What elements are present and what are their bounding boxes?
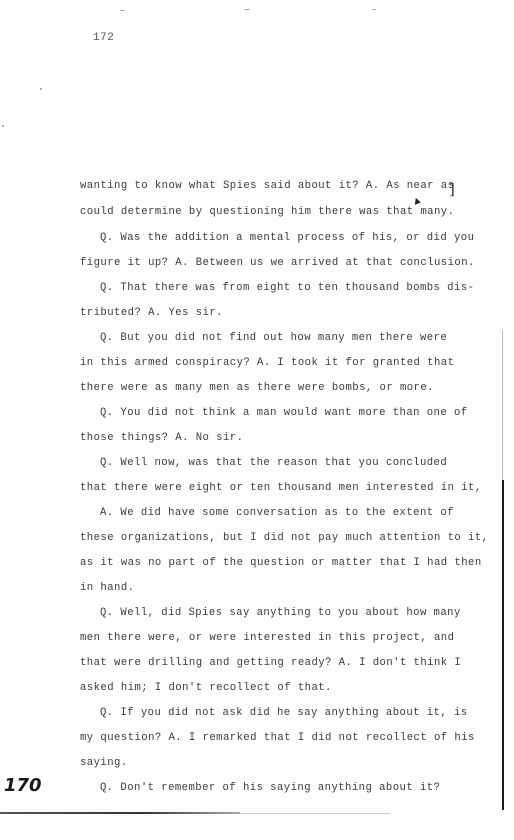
page-edge-line	[502, 480, 504, 810]
page-bottom-edge	[240, 813, 390, 814]
page-bottom-edge	[0, 812, 240, 814]
document-page: 172 wanting to know what Spies said abou…	[0, 0, 514, 840]
handwritten-mark: ]	[449, 180, 455, 198]
transcript-line: these organizations, but I did not pay m…	[80, 532, 488, 544]
scan-speck	[244, 9, 250, 10]
transcript-line: wanting to know what Spies said about it…	[80, 180, 454, 192]
transcript-line: Q. You did not think a man would want mo…	[100, 407, 468, 419]
transcript-line: Q. If you did not ask did he say anythin…	[100, 707, 468, 719]
transcript-line: asked him; I don't recollect of that.	[80, 682, 332, 694]
transcript-line: figure it up? A. Between us we arrived a…	[80, 257, 475, 269]
scan-speck	[372, 9, 376, 10]
transcript-line: A. We did have some conversation as to t…	[100, 507, 454, 519]
transcript-line: Q. Was the addition a mental process of …	[100, 232, 474, 244]
page-number: 172	[93, 32, 114, 44]
transcript-line: Q. Don't remember of his saying anything…	[100, 782, 440, 794]
transcript-line: Q. Well now, was that the reason that yo…	[100, 457, 447, 469]
scan-speck	[120, 10, 125, 11]
page-edge-line	[502, 330, 503, 480]
transcript-line: Q. But you did not find out how many men…	[100, 332, 447, 344]
handwritten-page-number: 170	[4, 775, 42, 796]
transcript-line: tributed? A. Yes sir.	[80, 307, 223, 319]
transcript-line: that were drilling and getting ready? A.…	[80, 657, 461, 669]
transcript-line: my question? A. I remarked that I did no…	[80, 732, 475, 744]
transcript-line: men there were, or were interested in th…	[80, 632, 454, 644]
scan-speck	[2, 125, 4, 127]
transcript-line: in this armed conspiracy? A. I took it f…	[80, 357, 454, 369]
transcript-line: in hand.	[80, 582, 134, 594]
transcript-line: could determine by questioning him there…	[80, 206, 454, 218]
transcript-line: Q. Well, did Spies say anything to you a…	[100, 607, 461, 619]
transcript-line: that there were eight or ten thousand me…	[80, 482, 482, 494]
transcript-line: those things? A. No sir.	[80, 432, 243, 444]
scan-speck	[40, 88, 42, 90]
transcript-line: saying.	[80, 757, 128, 769]
transcript-line: as it was no part of the question or mat…	[80, 557, 482, 569]
transcript-line: Q. That there was from eight to ten thou…	[100, 282, 474, 294]
transcript-line: there were as many men as there were bom…	[80, 382, 434, 394]
